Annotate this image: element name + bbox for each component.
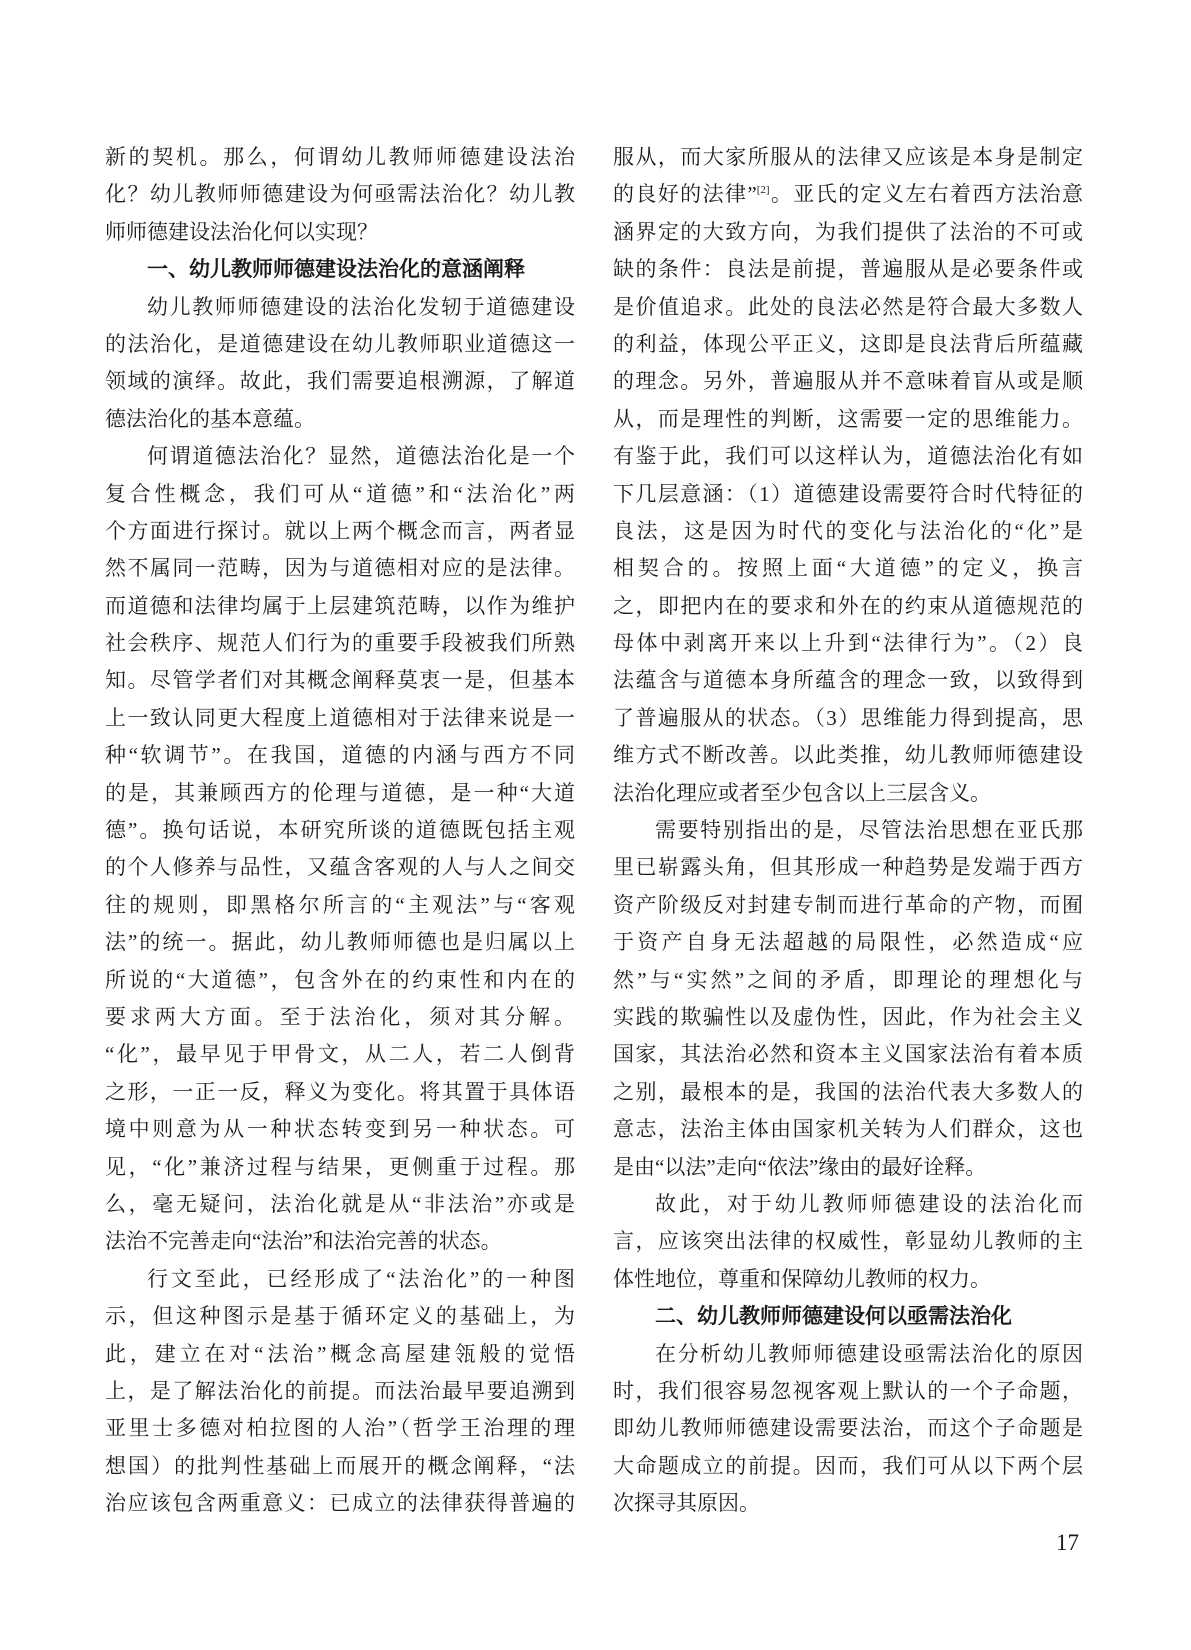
text-line: 时，我们很容易忽视客观上默认的一个子命题， bbox=[613, 1373, 1083, 1410]
text-line: 的利益，体现公平正义，这即是良法背后所蕴藏 bbox=[613, 326, 1083, 363]
text-line: 有鉴于此，我们可以这样认为，道德法治化有如 bbox=[613, 438, 1083, 475]
text-line: 母体中剥离开来以上升到“法律行为”。（2）良 bbox=[613, 625, 1083, 662]
text-line: 法蕴含与道德本身所蕴含的理念一致，以致得到 bbox=[613, 662, 1083, 699]
text-line: 维方式不断改善。以此类推，幼儿教师师德建设 bbox=[613, 737, 1083, 774]
text-line: 新的契机。那么，何谓幼儿教师师德建设法治 bbox=[105, 139, 575, 176]
text-segment: 。亚氏的定义左右着西方法治意 bbox=[770, 182, 1083, 206]
text-line: 然”与“实然”之间的矛盾，即理论的理想化与 bbox=[613, 962, 1083, 999]
text-line: 良法，这是因为时代的变化与法治化的“化”是 bbox=[613, 513, 1083, 550]
text-line: 次探寻其原因。 bbox=[613, 1485, 1083, 1522]
text-line: 于资产自身无法超越的局限性，必然造成“应 bbox=[613, 924, 1083, 961]
text-line: 所说的“大道德”，包含外在的约束性和内在的 bbox=[105, 962, 575, 999]
text-line: 缺的条件：良法是前提，普遍服从是必要条件或 bbox=[613, 251, 1083, 288]
text-line: 涵界定的大致方向，为我们提供了法治的不可或 bbox=[613, 214, 1083, 251]
text-line: 种“软调节”。在我国，道德的内涵与西方不同 bbox=[105, 737, 575, 774]
text-line: 实践的欺骗性以及虚伪性，因此，作为社会主义 bbox=[613, 999, 1083, 1036]
text-line: 领域的演绎。故此，我们需要追根溯源，了解道 bbox=[105, 363, 575, 400]
text-line: 亚里士多德对柏拉图的人治”（哲学王治理的理 bbox=[105, 1410, 575, 1447]
text-segment: 的良好的法律” bbox=[613, 182, 757, 206]
text-line: 法”的统一。据此，幼儿教师师德也是归属以上 bbox=[105, 924, 575, 961]
text-line: 化？幼儿教师师德建设为何亟需法治化？幼儿教 bbox=[105, 176, 575, 213]
text-line: 在分析幼儿教师师德建设亟需法治化的原因 bbox=[613, 1336, 1083, 1373]
text-line: 体性地位，尊重和保障幼儿教师的权力。 bbox=[613, 1261, 1083, 1298]
text-line: 而道德和法律均属于上层建筑范畴，以作为维护 bbox=[105, 588, 575, 625]
text-line: 社会秩序、规范人们行为的重要手段被我们所熟 bbox=[105, 625, 575, 662]
text-line: 上，是了解法治化的前提。而法治最早要追溯到 bbox=[105, 1373, 575, 1410]
document-page: 新的契机。那么，何谓幼儿教师师德建设法治化？幼儿教师师德建设为何亟需法治化？幼儿… bbox=[0, 0, 1191, 1650]
text-line: 示，但这种图示是基于循环定义的基础上，为 bbox=[105, 1298, 575, 1335]
text-line: “化”，最早见于甲骨文，从二人，若二人倒背 bbox=[105, 1036, 575, 1073]
text-line: 法治化理应或者至少包含以上三层含义。 bbox=[613, 775, 1083, 812]
text-line: 是价值追求。此处的良法必然是符合最大多数人 bbox=[613, 289, 1083, 326]
text-line: 相契合的。按照上面“大道德”的定义，换言 bbox=[613, 550, 1083, 587]
text-line: 服从，而大家所服从的法律又应该是本身是制定 bbox=[613, 139, 1083, 176]
text-line: 故此，对于幼儿教师师德建设的法治化而 bbox=[613, 1186, 1083, 1223]
text-line: 的理念。另外，普遍服从并不意味着盲从或是顺 bbox=[613, 363, 1083, 400]
text-line: 师师德建设法治化何以实现？ bbox=[105, 214, 575, 251]
text-line: 下几层意涵：（1）道德建设需要符合时代特征的 bbox=[613, 476, 1083, 513]
text-line: 即幼儿教师师德建设需要法治，而这个子命题是 bbox=[613, 1410, 1083, 1447]
text-line: 德”。换句话说，本研究所谈的道德既包括主观 bbox=[105, 812, 575, 849]
text-line: 需要特别指出的是，尽管法治思想在亚氏那 bbox=[613, 812, 1083, 849]
text-line: 境中则意为从一种状态转变到另一种状态。可 bbox=[105, 1111, 575, 1148]
text-line: 的个人修养与品性，又蕴含客观的人与人之间交 bbox=[105, 849, 575, 886]
text-line: 法治不完善走向“法治”和法治完善的状态。 bbox=[105, 1223, 575, 1260]
section-heading: 二、幼儿教师师德建设何以亟需法治化 bbox=[613, 1298, 1083, 1335]
text-column-right: 服从，而大家所服从的法律又应该是本身是制定的良好的法律”[2]。亚氏的定义左右着… bbox=[613, 139, 1083, 1522]
text-line: 见，“化”兼济过程与结果，更侧重于过程。那 bbox=[105, 1149, 575, 1186]
footnote-ref: [2] bbox=[757, 184, 770, 196]
text-line: 知。尽管学者们对其概念阐释莫衷一是，但基本 bbox=[105, 662, 575, 699]
text-line: 从，而是理性的判断，这需要一定的思维能力。 bbox=[613, 401, 1083, 438]
text-line: 了普遍服从的状态。（3）思维能力得到提高，思 bbox=[613, 700, 1083, 737]
text-line: 个方面进行探讨。就以上两个概念而言，两者显 bbox=[105, 513, 575, 550]
text-line: 是由“以法”走向“依法”缘由的最好诠释。 bbox=[613, 1149, 1083, 1186]
text-line: 资产阶级反对封建专制而进行革命的产物，而囿 bbox=[613, 887, 1083, 924]
text-line: 上一致认同更大程度上道德相对于法律来说是一 bbox=[105, 700, 575, 737]
text-line: 么，毫无疑问，法治化就是从“非法治”亦或是 bbox=[105, 1186, 575, 1223]
text-line: 的是，其兼顾西方的伦理与道德，是一种“大道 bbox=[105, 775, 575, 812]
text-line: 想国）的批判性基础上而展开的概念阐释，“法 bbox=[105, 1448, 575, 1485]
text-line: 要求两大方面。至于法治化，须对其分解。 bbox=[105, 999, 575, 1036]
text-line: 之，即把内在的要求和外在的约束从道德规范的 bbox=[613, 588, 1083, 625]
text-line: 然不属同一范畴，因为与道德相对应的是法律。 bbox=[105, 550, 575, 587]
text-line: 德法治化的基本意蕴。 bbox=[105, 401, 575, 438]
text-line: 的良好的法律”[2]。亚氏的定义左右着西方法治意 bbox=[613, 176, 1083, 213]
text-line: 何谓道德法治化？显然，道德法治化是一个 bbox=[105, 438, 575, 475]
text-line: 的法治化，是道德建设在幼儿教师职业道德这一 bbox=[105, 326, 575, 363]
text-line: 此，建立在对“法治”概念高屋建瓴般的觉悟 bbox=[105, 1336, 575, 1373]
text-line: 大命题成立的前提。因而，我们可从以下两个层 bbox=[613, 1448, 1083, 1485]
text-column-left: 新的契机。那么，何谓幼儿教师师德建设法治化？幼儿教师师德建设为何亟需法治化？幼儿… bbox=[105, 139, 575, 1522]
text-line: 里已崭露头角，但其形成一种趋势是发端于西方 bbox=[613, 849, 1083, 886]
text-line: 意志，法治主体由国家机关转为人们群众，这也 bbox=[613, 1111, 1083, 1148]
text-line: 之形，一正一反，释义为变化。将其置于具体语 bbox=[105, 1074, 575, 1111]
text-line: 幼儿教师师德建设的法治化发轫于道德建设 bbox=[105, 289, 575, 326]
text-line: 治应该包含两重意义：已成立的法律获得普遍的 bbox=[105, 1485, 575, 1522]
text-line: 往的规则，即黑格尔所言的“主观法”与“客观 bbox=[105, 887, 575, 924]
page-number: 17 bbox=[1056, 1528, 1079, 1558]
text-line: 之别，最根本的是，我国的法治代表大多数人的 bbox=[613, 1074, 1083, 1111]
text-line: 行文至此，已经形成了“法治化”的一种图 bbox=[105, 1261, 575, 1298]
text-line: 复合性概念，我们可从“道德”和“法治化”两 bbox=[105, 476, 575, 513]
section-heading: 一、幼儿教师师德建设法治化的意涵阐释 bbox=[105, 251, 575, 288]
text-line: 国家，其法治必然和资本主义国家法治有着本质 bbox=[613, 1036, 1083, 1073]
text-line: 言，应该突出法律的权威性，彰显幼儿教师的主 bbox=[613, 1223, 1083, 1260]
